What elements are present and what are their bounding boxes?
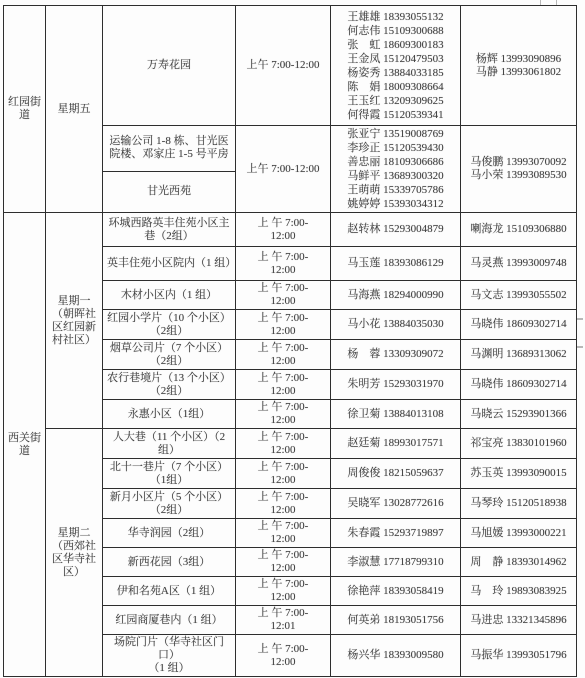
supervisor-cell: 马 玲 19893083925 <box>461 577 577 606</box>
day-cell-friday: 星期五 <box>46 6 103 213</box>
time-cell: 上 午 7:00- 12:00 <box>236 548 331 577</box>
street-cell-hongyuan: 红园街道 <box>4 6 46 213</box>
sampling-schedule-table: 红园街道 星期五 万寿花园 上午 7:00-12:00 王雄雄 18393055… <box>3 5 577 677</box>
time-cell: 上 午 7:00- 12:00 <box>236 429 331 459</box>
location-cell: 红园小学片（10 个小区）（2组） <box>103 310 236 340</box>
time-cell: 上 午 7:00- 12:00 <box>236 519 331 548</box>
supervisor-cell: 马晓伟 18609302714 <box>461 370 577 400</box>
location-cell: 华寺润园（2组） <box>103 519 236 548</box>
location-cell: 甘光西苑 <box>103 171 236 212</box>
time-cell: 上 午 7:00- 12:00 <box>236 247 331 281</box>
scanned-schedule-table: 红园街道 星期五 万寿花园 上午 7:00-12:00 王雄雄 18393055… <box>3 5 576 677</box>
time-cell: 上 午 7:00- 12:00 <box>236 310 331 340</box>
supervisor-cell: 祁宝亮 13830101960 <box>461 429 577 459</box>
time-cell: 上午 7:00-12:00 <box>236 6 331 126</box>
location-cell: 场院门片（华寺社区门口） （1 组） <box>103 635 236 677</box>
time-cell: 上 午 7:00- 12:00 <box>236 213 331 247</box>
location-cell: 永惠小区（1组） <box>103 400 236 429</box>
staff-cell: 徐卫菊 13884013108 <box>331 400 461 429</box>
time-cell: 上 午 7:00- 12:00 <box>236 370 331 400</box>
staff-cell: 周俊俊 18215059637 <box>331 459 461 489</box>
staff-cell: 李淑慧 17718799310 <box>331 548 461 577</box>
supervisor-cell: 苏玉英 13993090015 <box>461 459 577 489</box>
staff-cell: 吴晓军 13028772616 <box>331 489 461 519</box>
supervisor-cell: 周 静 18393014962 <box>461 548 577 577</box>
staff-cell: 朱春霞 15293719897 <box>331 519 461 548</box>
supervisor-cell: 马进忠 13321345896 <box>461 606 577 635</box>
time-cell: 上 午 7:00- 12:01 <box>236 606 331 635</box>
location-cell: 万寿花园 <box>103 6 236 126</box>
staff-cell: 王雄雄 18393055132 何志伟 15109300688 张 虹 1860… <box>331 6 461 126</box>
time-cell: 上 午 7:00- 12:00 <box>236 340 331 370</box>
staff-cell: 杨兴华 18393009580 <box>331 635 461 677</box>
day-cell-tuesday: 星期二（西郊社区华寺社区） <box>46 429 103 677</box>
location-cell: 新西花园（3组） <box>103 548 236 577</box>
scan-artifact <box>556 0 557 5</box>
staff-cell: 马小花 13884035030 <box>331 310 461 340</box>
time-cell: 上 午 7:00- 12:00 <box>236 459 331 489</box>
staff-cell: 赵廷菊 18993017571 <box>331 429 461 459</box>
staff-cell: 杨 蓉 13309309072 <box>331 340 461 370</box>
location-cell: 农行巷境片（13 个小区）（2组） <box>103 370 236 400</box>
supervisor-cell: 杨辉 13993090896 马静 13993061802 <box>461 6 577 126</box>
supervisor-cell: 马振华 13993051796 <box>461 635 577 677</box>
supervisor-cell: 马文志 13993055502 <box>461 281 577 310</box>
location-cell: 北十一巷片（7 个小区）（1组） <box>103 459 236 489</box>
supervisor-cell: 马琴玲 15120518938 <box>461 489 577 519</box>
location-cell: 木材小区内（1 组） <box>103 281 236 310</box>
supervisor-cell: 马灵燕 13993009748 <box>461 247 577 281</box>
time-cell: 上午 7:00-12:00 <box>236 126 331 213</box>
scan-artifact <box>540 0 541 5</box>
location-cell: 环城西路英丰住苑小区主巷（2组） <box>103 213 236 247</box>
scan-artifact <box>577 318 583 320</box>
street-cell-xiguan: 西关街道 <box>4 213 46 677</box>
time-cell: 上 午 7:00- 12:00 <box>236 400 331 429</box>
location-cell: 新月小区片（5 个小区）（2组） <box>103 489 236 519</box>
location-cell: 运输公司 1-8 栋、甘光医院楼、邓家庄 1-5 号平房 <box>103 126 236 172</box>
location-cell: 人大巷（11 个小区）（2组） <box>103 429 236 459</box>
staff-cell: 朱明芳 15293031970 <box>331 370 461 400</box>
supervisor-cell: 马渊明 13689313062 <box>461 340 577 370</box>
supervisor-cell: 马俊鹏 13993070092 马小荣 13993089530 <box>461 126 577 213</box>
staff-cell: 马海燕 18294000990 <box>331 281 461 310</box>
staff-cell: 马玉莲 18393086129 <box>331 247 461 281</box>
staff-cell: 何英弟 18193051756 <box>331 606 461 635</box>
staff-cell: 赵转林 15293004879 <box>331 213 461 247</box>
day-cell-monday: 星期一（朝晖社区红园新村社区） <box>46 213 103 429</box>
supervisor-cell: 马旭媛 13993000221 <box>461 519 577 548</box>
staff-cell: 徐艳萍 18393058419 <box>331 577 461 606</box>
staff-cell: 张亚宁 13519008769 李珍正 15120539430 善忠丽 1810… <box>331 126 461 213</box>
location-cell: 红园商厦巷内（1 组） <box>103 606 236 635</box>
supervisor-cell: 喇海龙 15109306880 <box>461 213 577 247</box>
location-cell: 烟草公司片（7 个小区）（2组） <box>103 340 236 370</box>
time-cell: 上 午 7:00- 12:00 <box>236 577 331 606</box>
time-cell: 上 午 7:00- 12:00 <box>236 635 331 677</box>
location-cell: 伊和名苑A区（1 组） <box>103 577 236 606</box>
location-cell: 英丰住苑小区院内（1 组） <box>103 247 236 281</box>
supervisor-cell: 马晓云 15293901366 <box>461 400 577 429</box>
scan-artifact <box>577 346 583 348</box>
supervisor-cell: 马晓伟 18609302714 <box>461 310 577 340</box>
time-cell: 上 午 7:00- 12:00 <box>236 281 331 310</box>
time-cell: 上 午 7:00- 12:00 <box>236 489 331 519</box>
